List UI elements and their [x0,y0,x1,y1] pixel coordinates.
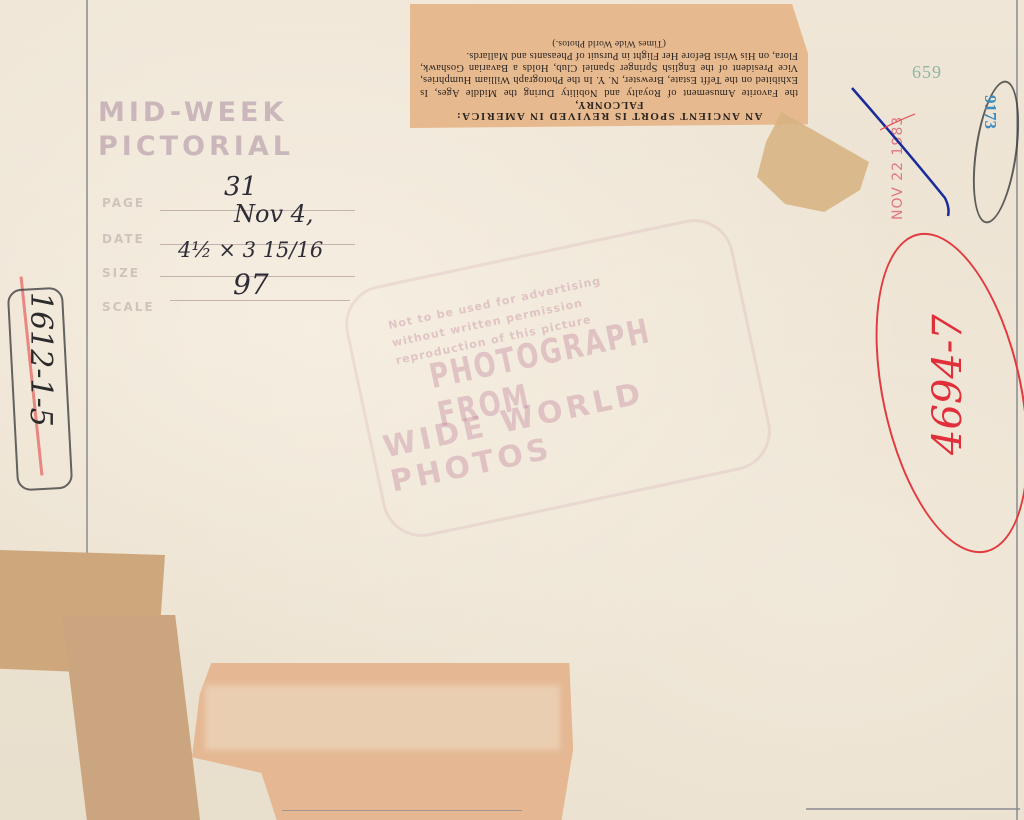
clipping-subhead: FALCONRY, [420,98,798,110]
left-border-rule [86,0,88,560]
handwritten-page: 31 [224,172,257,202]
field-label-scale: SCALE [102,300,155,314]
stamp-title-line1: MID-WEEK [98,96,294,130]
clipping-headline: AN ANCIENT SPORT IS REVIVED IN AMERICA: [420,110,798,122]
stamp-title-line2: PICTORIAL [98,130,294,164]
bottom-border-rule [806,808,1020,810]
field-label-size: SIZE [102,266,140,280]
blue-ink-strike-icon [850,80,960,220]
clipping-body: the Favorite Amusement of Royalty and No… [420,49,798,98]
handwritten-date: Nov 4, [234,200,314,228]
red-circled-number: 4694-7 [925,314,971,455]
clipping-credit: (Times Wide World Photos.) [420,37,798,49]
stamp-number-9173: 9173 [980,95,1000,129]
tape-worn-area [205,685,560,750]
field-label-page: PAGE [102,196,145,210]
newspaper-clipping: AN ANCIENT SPORT IS REVIVED IN AMERICA: … [410,4,808,128]
field-label-date: DATE [102,232,145,246]
handwritten-scale: 97 [233,268,269,301]
handwritten-size: 4½ × 3 15/16 [178,238,323,262]
midweek-stamp-title: MID-WEEK PICTORIAL [98,96,294,164]
tape-fold-line [282,810,522,811]
left-circled-number: 1612-1-5 [23,292,58,427]
